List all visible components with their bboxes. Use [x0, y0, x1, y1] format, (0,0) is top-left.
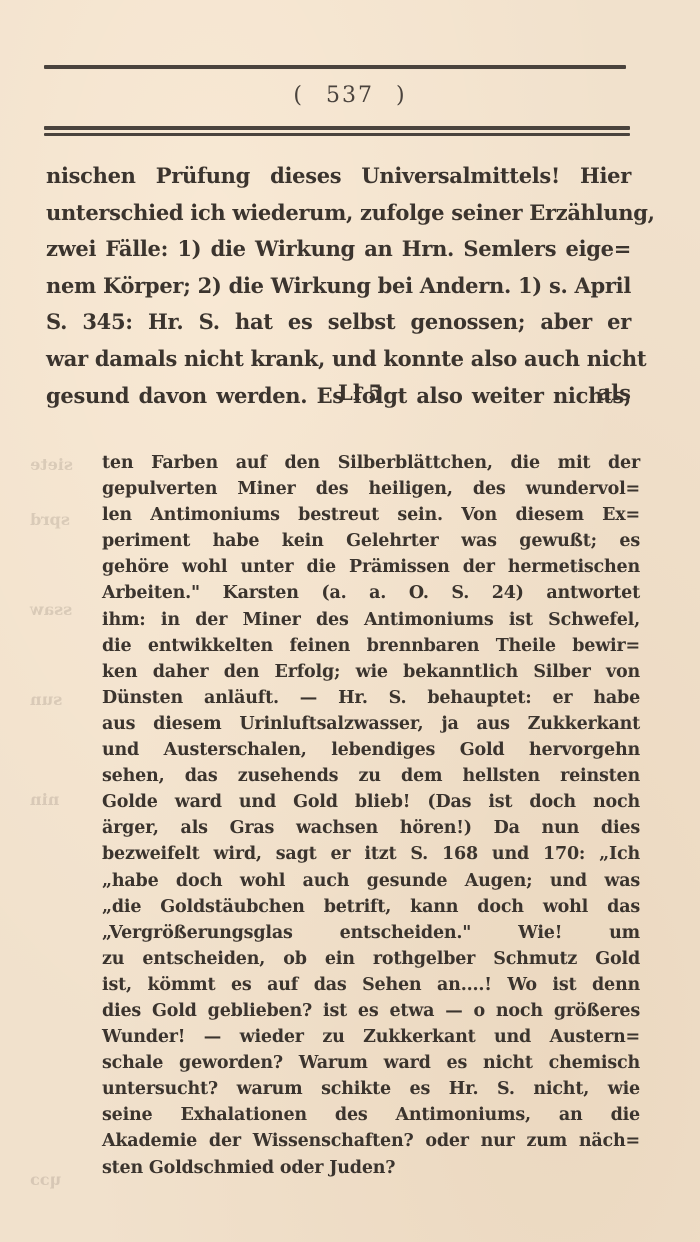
text-line: Arbeiten." Karsten (a. a. O. S. 24) antw…: [102, 580, 640, 606]
text-line: nischen Prüfung dieses Universalmittels!…: [46, 158, 631, 195]
text-line: nem Körper; 2) die Wirkung bei Andern. 1…: [46, 268, 631, 305]
page-number: (537): [0, 83, 700, 108]
main-text-block: nischen Prüfung dieses Universalmittels!…: [46, 158, 631, 414]
bleed-through-text: siete: [30, 455, 73, 474]
header-rule-top: [44, 65, 626, 69]
paren-open: (: [271, 83, 326, 108]
header-rule-double-2: [44, 133, 630, 136]
signature-mark: Ll 5: [338, 380, 383, 405]
text-line: „die Goldstäubchen betrift, kann doch wo…: [102, 894, 640, 920]
text-line: Akademie der Wissenschaften? oder nur zu…: [102, 1128, 640, 1154]
text-line: ihm: in der Miner des Antimoniums ist Sc…: [102, 607, 640, 633]
text-line: zwei Fälle: 1) die Wirkung an Hrn. Semle…: [46, 231, 631, 268]
text-line: Dünsten anläuft. — Hr. S. behauptet: er …: [102, 685, 640, 711]
bleed-through-text: ssaw: [30, 600, 72, 619]
signature-catchword-row: Ll 5 als: [46, 380, 631, 414]
text-line: aus diesem Urinluftsalzwasser, ja aus Zu…: [102, 711, 640, 737]
text-line: bezweifelt wird, sagt er itzt S. 168 und…: [102, 841, 640, 867]
text-line: ärger, als Gras wachsen hören!) Da nun d…: [102, 815, 640, 841]
text-line: die entwikkelten feinen brennbaren Theil…: [102, 633, 640, 659]
page-number-value: 537: [326, 83, 374, 108]
text-line: zu entscheiden, ob ein rothgelber Schmut…: [102, 946, 640, 972]
text-line: len Antimoniums bestreut sein. Von diese…: [102, 502, 640, 528]
text-line: dies Gold geblieben? ist es etwa — o noc…: [102, 998, 640, 1024]
text-line: untersucht? warum schikte es Hr. S. nich…: [102, 1076, 640, 1102]
text-line: schale geworden? Warum ward es nicht che…: [102, 1050, 640, 1076]
bleed-through-text: sprd: [30, 510, 70, 529]
text-line: gehöre wohl unter die Prämissen der herm…: [102, 554, 640, 580]
bleed-through-text: sun: [30, 690, 62, 709]
paren-close: ): [374, 83, 429, 108]
text-line: gepulverten Miner des heiligen, des wund…: [102, 476, 640, 502]
text-line: war damals nicht krank, und konnte also …: [46, 341, 631, 378]
text-line: sehen, das zusehends zu dem hellsten rei…: [102, 763, 640, 789]
text-line: unterschied ich wiederum, zufolge seiner…: [46, 195, 631, 232]
text-line: „habe doch wohl auch gesunde Augen; und …: [102, 868, 640, 894]
text-line: seine Exhalationen des Antimoniums, an d…: [102, 1102, 640, 1128]
text-line: ken daher den Erfolg; wie bekanntlich Si…: [102, 659, 640, 685]
text-line: ist, kömmt es auf das Sehen an....! Wo i…: [102, 972, 640, 998]
header-rule-double-1: [44, 126, 630, 130]
quoted-text-block: ten Farben auf den Silberblättchen, die …: [102, 450, 640, 1181]
text-line: „Vergrößerungsglas entscheiden." Wie! um: [102, 920, 640, 946]
catchword: als: [598, 380, 631, 405]
text-line: periment habe kein Gelehrter was gewußt;…: [102, 528, 640, 554]
text-line: Golde ward und Gold blieb! (Das ist doch…: [102, 789, 640, 815]
text-line: und Austerschalen, lebendiges Gold hervo…: [102, 737, 640, 763]
text-line: ten Farben auf den Silberblättchen, die …: [102, 450, 640, 476]
bleed-through-text: ɥɔɔ: [30, 1170, 61, 1189]
text-line: sten Goldschmied oder Juden?: [102, 1155, 640, 1181]
bleed-through-text: nin: [30, 790, 59, 809]
text-line: S. 345: Hr. S. hat es selbst genossen; a…: [46, 304, 631, 341]
text-line: Wunder! — wieder zu Zukkerkant und Auste…: [102, 1024, 640, 1050]
